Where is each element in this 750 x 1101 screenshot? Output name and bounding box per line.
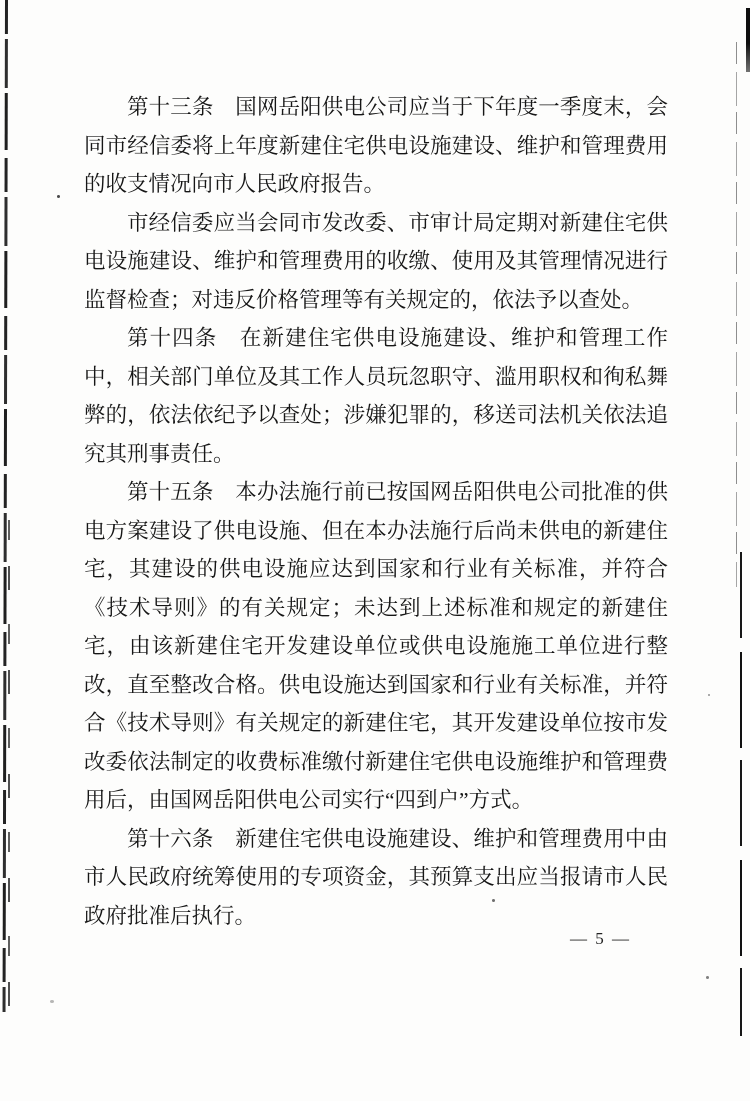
- scan-artifact-left-edge-shadow: [8, 520, 10, 1010]
- scan-artifact-right-edge-dark: [740, 552, 742, 1036]
- scan-artifact-left-edge: [3, 0, 8, 1012]
- paragraph-article-13: 第十三条 国网岳阳供电公司应当于下年度一季度末，会同市经信委将上年度新建住宅供电…: [84, 88, 668, 204]
- scan-noise-speck: [57, 195, 60, 198]
- scan-noise-speck: [492, 899, 495, 902]
- scan-artifact-top-right-corner: [746, 8, 750, 72]
- page-number: — 5 —: [570, 929, 631, 949]
- paragraph-article-16: 第十六条 新建住宅供电设施建设、维护和管理费用中由市人民政府统筹使用的专项资金，…: [84, 820, 668, 936]
- scan-noise-speck: [708, 694, 710, 696]
- scanned-document-page: 第十三条 国网岳阳供电公司应当于下年度一季度末，会同市经信委将上年度新建住宅供电…: [0, 0, 750, 1101]
- scan-artifact-right-edge-faint: [736, 42, 737, 587]
- paragraph-supervision: 市经信委应当会同市发改委、市审计局定期对新建住宅供电设施建设、维护和管理费用的收…: [84, 204, 668, 320]
- paragraph-article-14: 第十四条 在新建住宅供电设施建设、维护和管理工作中，相关部门单位及其工作人员玩忽…: [84, 319, 668, 473]
- scan-noise-speck: [50, 1000, 54, 1003]
- document-body: 第十三条 国网岳阳供电公司应当于下年度一季度末，会同市经信委将上年度新建住宅供电…: [84, 88, 668, 935]
- scan-noise-speck: [706, 976, 709, 979]
- paragraph-article-15: 第十五条 本办法施行前已按国网岳阳供电公司批准的供电方案建设了供电设施、但在本办…: [84, 473, 668, 820]
